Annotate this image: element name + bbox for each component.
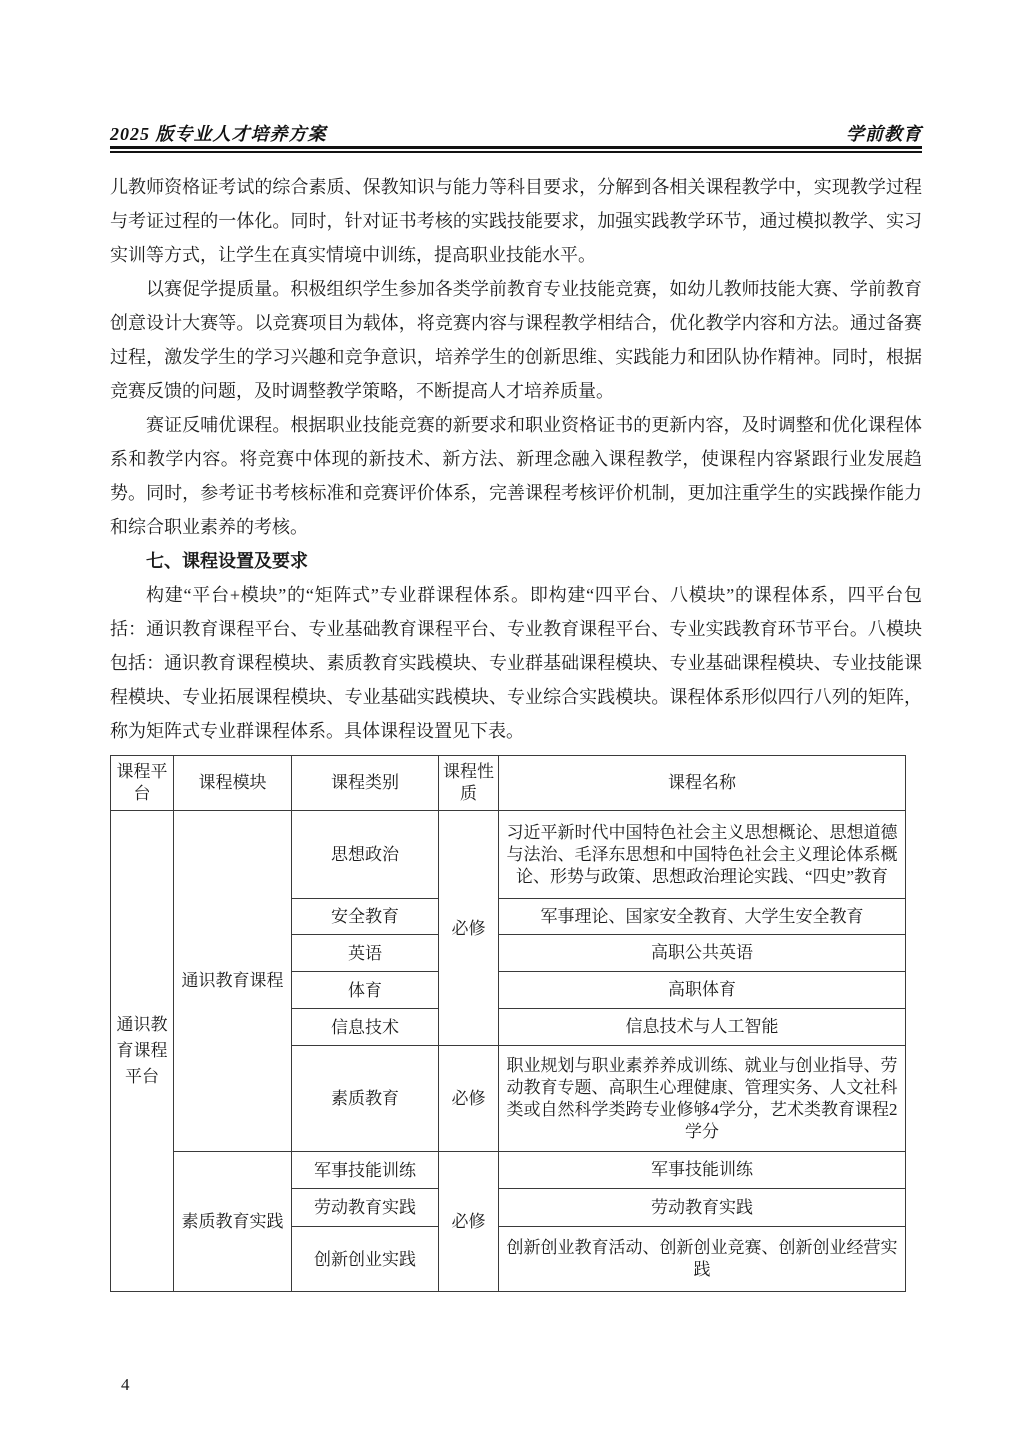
category-cell: 信息技术 (292, 1009, 439, 1046)
course-name-cell: 职业规划与职业素养养成训练、就业与创业指导、劳动教育专题、高职生心理健康、管理实… (499, 1046, 906, 1152)
course-name-cell: 军事理论、国家安全教育、大学生安全教育 (499, 899, 906, 935)
document-page: 2025 版专业人才培养方案 学前教育 儿教师资格证考试的综合素质、保教知识与能… (0, 0, 1024, 1448)
category-cell: 素质教育 (292, 1046, 439, 1152)
category-cell: 体育 (292, 972, 439, 1009)
nature-cell: 必修 (439, 1046, 499, 1152)
header-right-title: 学前教育 (846, 120, 922, 146)
column-header-module: 课程模块 (174, 756, 292, 811)
page-number: 4 (121, 1375, 130, 1394)
header-left-title: 2025 版专业人才培养方案 (110, 120, 327, 146)
body-paragraph: 儿教师资格证考试的综合素质、保教知识与能力等科目要求，分解到各相关课程教学中，实… (110, 170, 922, 272)
header-divider (110, 146, 922, 153)
module-cell: 通识教育课程 (174, 811, 292, 1152)
course-name-cell: 创新创业教育活动、创新创业竞赛、创新创业经营实践 (499, 1227, 906, 1292)
body-paragraph: 赛证反哺优课程。根据职业技能竞赛的新要求和职业资格证书的更新内容，及时调整和优化… (110, 408, 922, 544)
nature-cell: 必修 (439, 1152, 499, 1292)
column-header-name: 课程名称 (499, 756, 906, 811)
column-header-nature: 课程性质 (439, 756, 499, 811)
module-cell: 素质教育实践 (174, 1152, 292, 1292)
column-header-platform: 课程平台 (111, 756, 174, 811)
table-row: 素质教育实践 军事技能训练 必修 军事技能训练 (111, 1152, 906, 1189)
category-cell: 军事技能训练 (292, 1152, 439, 1189)
category-cell: 安全教育 (292, 899, 439, 935)
body-paragraph: 以赛促学提质量。积极组织学生参加各类学前教育专业技能竞赛，如幼儿教师技能大赛、学… (110, 272, 922, 408)
nature-cell: 必修 (439, 811, 499, 1046)
course-table: 课程平台 课程模块 课程类别 课程性质 课程名称 通识教育课程平台 通识教育课程… (110, 755, 906, 1292)
body-paragraph: 构建“平台+模块”的“矩阵式”专业群课程体系。即构建“四平台、八模块”的课程体系… (110, 578, 922, 748)
category-cell: 创新创业实践 (292, 1227, 439, 1292)
table-row: 通识教育课程平台 通识教育课程 思想政治 必修 习近平新时代中国特色社会主义思想… (111, 811, 906, 899)
category-cell: 英语 (292, 935, 439, 972)
course-name-cell: 军事技能训练 (499, 1152, 906, 1189)
platform-cell: 通识教育课程平台 (111, 811, 174, 1292)
section-heading: 七、课程设置及要求 (110, 544, 922, 578)
header-divider-thick-line (110, 146, 922, 149)
category-cell: 思想政治 (292, 811, 439, 899)
course-name-cell: 信息技术与人工智能 (499, 1009, 906, 1046)
page-header: 2025 版专业人才培养方案 学前教育 (110, 120, 922, 146)
course-name-cell: 高职公共英语 (499, 935, 906, 972)
course-name-cell: 劳动教育实践 (499, 1189, 906, 1227)
course-name-cell: 高职体育 (499, 972, 906, 1009)
page-footer: 4 (121, 1375, 130, 1395)
header-divider-thin-line (110, 151, 922, 153)
category-cell: 劳动教育实践 (292, 1189, 439, 1227)
column-header-category: 课程类别 (292, 756, 439, 811)
table-header-row: 课程平台 课程模块 课程类别 课程性质 课程名称 (111, 756, 906, 811)
page-body: 儿教师资格证考试的综合素质、保教知识与能力等科目要求，分解到各相关课程教学中，实… (110, 170, 922, 1292)
course-name-cell: 习近平新时代中国特色社会主义思想概论、思想道德与法治、毛泽东思想和中国特色社会主… (499, 811, 906, 899)
